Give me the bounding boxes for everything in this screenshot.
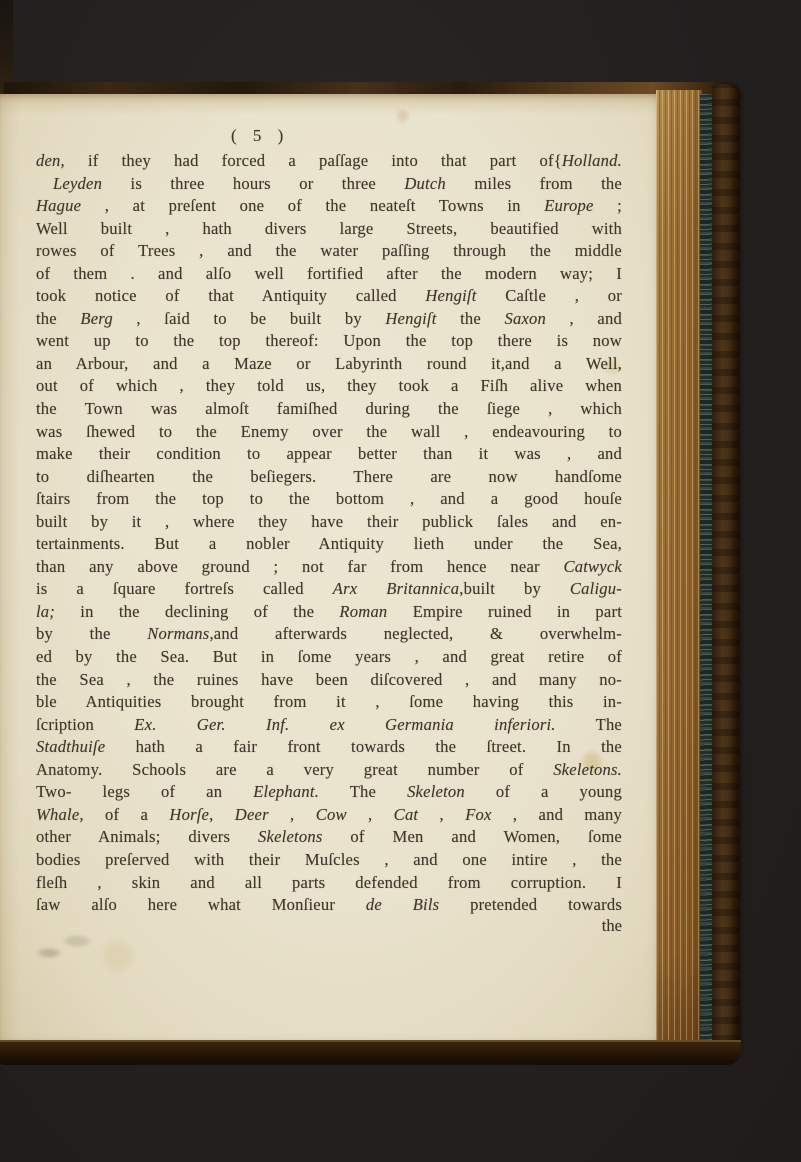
text-line: built by it , where they have their publ…: [36, 511, 622, 534]
text-line: by the Normans,and afterwards neglected,…: [36, 623, 622, 646]
text-line: Anatomy. Schools are a very great number…: [36, 759, 622, 782]
text-line: Whale, of a Horſe, Deer , Cow , Cat , Fo…: [36, 804, 622, 827]
text-line: tertainments. But a nobler Antiquity lie…: [36, 533, 622, 556]
text-line: of them . and alſo well fortified after …: [36, 263, 622, 286]
text-line: Well built , hath divers large Streets, …: [36, 218, 622, 241]
text-line: took notice of that Antiquity called Hen…: [36, 285, 622, 308]
text-line: other Animals; divers Skeletons of Men a…: [36, 826, 622, 849]
text-line: rowes of Trees , and the water paſſing t…: [36, 240, 622, 263]
text-line: Leyden is three hours or three Dutch mil…: [36, 173, 622, 196]
page-number: ( 5 ): [231, 126, 289, 146]
text-line: ſtairs from the top to the bottom , and …: [36, 488, 622, 511]
text-block: den, if they had forced a paſſage into t…: [36, 150, 622, 917]
leather-cover-bottom-edge: [0, 1040, 741, 1065]
page-fore-edge-stack: [656, 90, 702, 1050]
ink-showthrough: [28, 932, 98, 962]
text-line: den, if they had forced a paſſage into t…: [36, 150, 622, 173]
text-line: an Arbour, and a Maze or Labyrinth round…: [36, 353, 622, 376]
leather-cover-right-edge: [712, 84, 739, 1060]
catchword: the: [36, 916, 622, 936]
text-line: was ſhewed to the Enemy over the wall , …: [36, 421, 622, 444]
text-line: la; in the declining of the Roman Empire…: [36, 601, 622, 624]
text-line: Two- legs of an Elephant. The Skeleton o…: [36, 781, 622, 804]
text-line: went up to the top thereof: Upon the top…: [36, 330, 622, 353]
text-line: the Berg , ſaid to be built by Hengiſt t…: [36, 308, 622, 331]
text-line: to diſhearten the beſiegers. There are n…: [36, 466, 622, 489]
text-line: ble Antiquities brought from it , ſome h…: [36, 691, 622, 714]
text-line: bodies preſerved with their Muſcles , an…: [36, 849, 622, 872]
text-line: Stadthuiſe hath a fair front towards the…: [36, 736, 622, 759]
text-line: is a ſquare fortreſs called Arx Britanni…: [36, 578, 622, 601]
text-line: the Town was almoſt famiſhed during the …: [36, 398, 622, 421]
text-line: ſaw alſo here what Monſieur de Bils pret…: [36, 894, 622, 917]
text-line: the Sea , the ruines have been diſcovere…: [36, 669, 622, 692]
book-page-photo: ( 5 ) den, if they had forced a paſſage …: [0, 0, 801, 1162]
text-line: out of which , they told us, they took a…: [36, 375, 622, 398]
text-line: than any above ground ; not far from hen…: [36, 556, 622, 579]
text-line: fleſh , skin and all parts defended from…: [36, 872, 622, 895]
text-line: make their condition to appear better th…: [36, 443, 622, 466]
text-line: Hague , at preſent one of the neateſt To…: [36, 195, 622, 218]
text-line: ed by the Sea. But in ſome years , and g…: [36, 646, 622, 669]
text-line: ſcription Ex. Ger. Inf. ex Germania infe…: [36, 714, 622, 737]
